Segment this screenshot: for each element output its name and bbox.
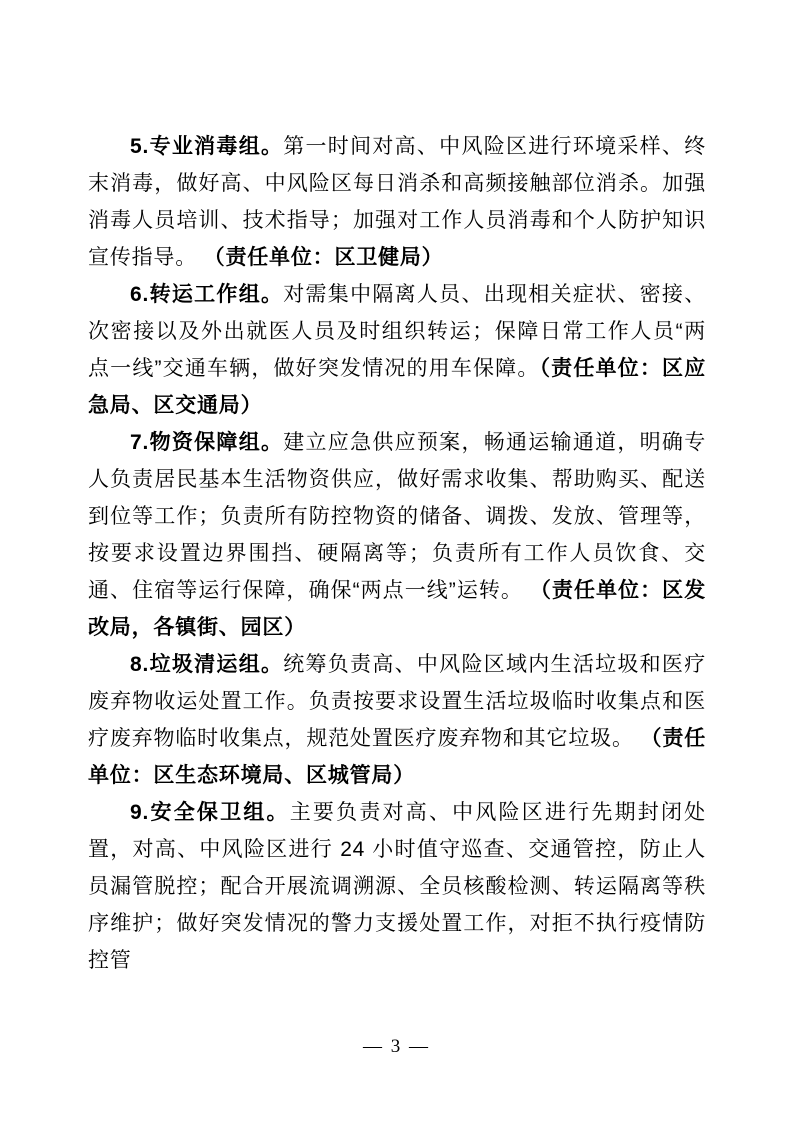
document-page: 5.专业消毒组。第一时间对高、中风险区进行环境采样、终末消毒，做好高、中风险区每… — [0, 0, 793, 1122]
responsible-unit: （责任单位：区卫健局） — [204, 246, 444, 269]
paragraph-disinfection-group: 5.专业消毒组。第一时间对高、中风险区进行环境采样、终末消毒，做好高、中风险区每… — [88, 128, 706, 276]
page-number: — 3 — — [0, 1036, 793, 1058]
section-heading: 6.转运工作组。 — [130, 283, 283, 306]
section-heading: 9.安全保卫组。 — [130, 801, 290, 824]
paragraph-transfer-group: 6.转运工作组。对需集中隔离人员、出现相关症状、密接、次密接以及外出就医人员及时… — [88, 276, 706, 424]
section-heading: 8.垃圾清运组。 — [130, 653, 283, 676]
document-body: 5.专业消毒组。第一时间对高、中风险区进行环境采样、终末消毒，做好高、中风险区每… — [88, 128, 706, 979]
paragraph-supplies-group: 7.物资保障组。建立应急供应预案，畅通运输通道，明确专人负责居民基本生活物资供应… — [88, 424, 706, 646]
section-text: 主要负责对高、中风险区进行先期封闭处置，对高、中风险区进行 24 小时值守巡查、… — [88, 801, 706, 972]
section-heading: 7.物资保障组。 — [130, 431, 283, 454]
paragraph-security-group: 9.安全保卫组。主要负责对高、中风险区进行先期封闭处置，对高、中风险区进行 24… — [88, 794, 706, 979]
section-heading: 5.专业消毒组。 — [130, 135, 283, 158]
section-text: 建立应急供应预案，畅通运输通道，明确专人负责居民基本生活物资供应，做好需求收集、… — [88, 431, 706, 602]
paragraph-garbage-group: 8.垃圾清运组。统筹负责高、中风险区域内生活垃圾和医疗废弃物收运处置工作。负责按… — [88, 646, 706, 794]
